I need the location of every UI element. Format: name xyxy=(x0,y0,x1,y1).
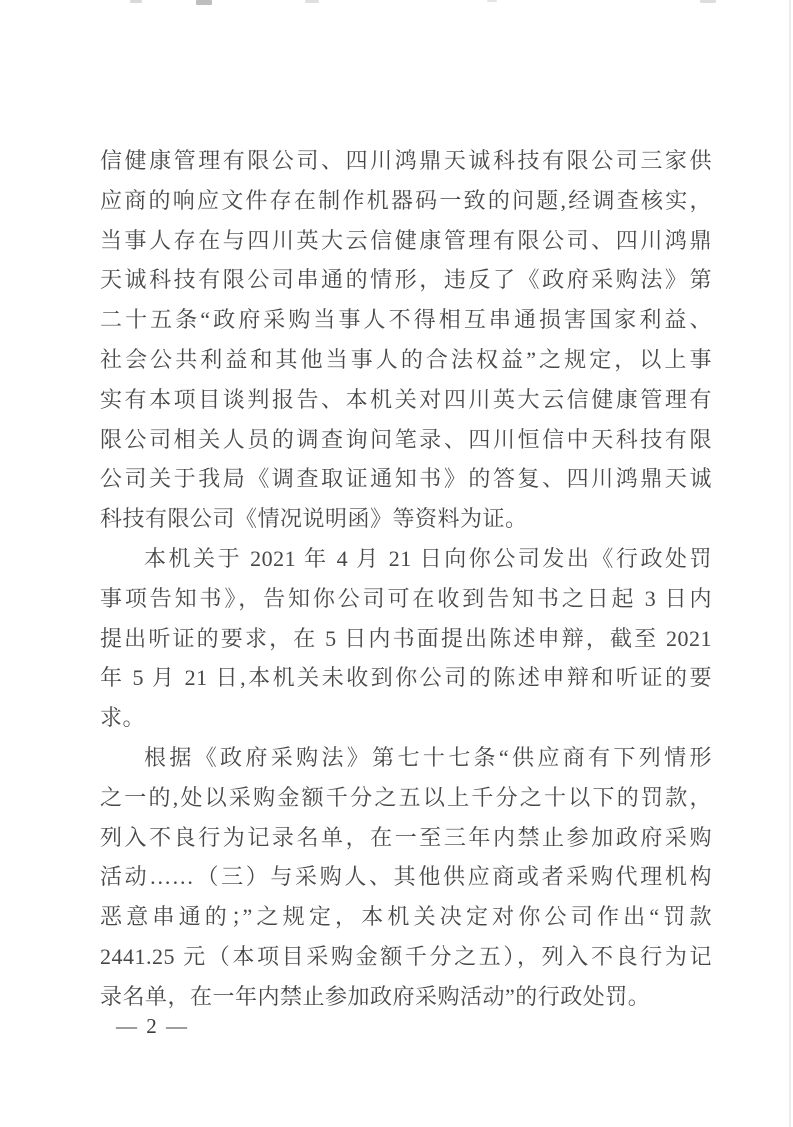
text-line: 社会公共利益和其他当事人的合法权益”之规定，以上事 xyxy=(100,340,712,380)
text-line: 信健康管理有限公司、四川鸿鼎天诚科技有限公司三家供 xyxy=(100,141,712,181)
text-line: 列入不良行为记录名单，在一至三年内禁止参加政府采购 xyxy=(100,818,712,858)
text-line: 事项告知书》，告知你公司可在收到告知书之日起 3 日内 xyxy=(100,579,712,619)
text-line: 公司关于我局《调查取证通知书》的答复、四川鸿鼎天诚 xyxy=(100,459,712,499)
text-line: 2441.25 元（本项目采购金额千分之五），列入不良行为记 xyxy=(100,937,712,977)
text-line: 当事人存在与四川英大云信健康管理有限公司、四川鸿鼎 xyxy=(100,221,712,261)
text-line: 本机关于 2021 年 4 月 21 日向你公司发出《行政处罚 xyxy=(100,539,712,579)
document-body-text: 信健康管理有限公司、四川鸿鼎天诚科技有限公司三家供应商的响应文件存在制作机器码一… xyxy=(100,141,712,1017)
scan-edge-artifact xyxy=(789,0,791,1127)
text-line: 活动……（三）与采购人、其他供应商或者采购代理机构 xyxy=(100,857,712,897)
text-line: 之一的,处以采购金额千分之五以上千分之十以下的罚款， xyxy=(100,778,712,818)
text-line: 提出听证的要求，在 5 日内书面提出陈述申辩，截至 2021 xyxy=(100,619,712,659)
scan-smudge-artifact xyxy=(487,0,497,2)
page-number: — 2 — xyxy=(116,1012,189,1040)
document-page: 信健康管理有限公司、四川鸿鼎天诚科技有限公司三家供应商的响应文件存在制作机器码一… xyxy=(0,0,793,1127)
text-line: 恶意串通的；”之规定，本机关决定对你公司作出“罚款 xyxy=(100,897,712,937)
scan-smudge-artifact xyxy=(700,0,716,3)
scan-smudge-artifact xyxy=(196,0,212,5)
scan-smudge-artifact xyxy=(305,0,319,3)
text-line: 应商的响应文件存在制作机器码一致的问题,经调查核实， xyxy=(100,181,712,221)
text-line: 年 5 月 21 日,本机关未收到你公司的陈述申辩和听证的要 xyxy=(100,658,712,698)
text-line: 限公司相关人员的调查询问笔录、四川恒信中天科技有限 xyxy=(100,420,712,460)
text-line: 实有本项目谈判报告、本机关对四川英大云信健康管理有 xyxy=(100,380,712,420)
scan-smudge-artifact xyxy=(130,0,142,3)
text-line: 天诚科技有限公司串通的情形，违反了《政府采购法》第 xyxy=(100,260,712,300)
text-line: 根据《政府采购法》第七十七条“供应商有下列情形 xyxy=(100,738,712,778)
text-line: 科技有限公司《情况说明函》等资料为证。 xyxy=(100,499,712,539)
text-line: 二十五条“政府采购当事人不得相互串通损害国家利益、 xyxy=(100,300,712,340)
text-line: 录名单，在一年内禁止参加政府采购活动”的行政处罚。 xyxy=(100,977,712,1017)
text-line: 求。 xyxy=(100,698,712,738)
